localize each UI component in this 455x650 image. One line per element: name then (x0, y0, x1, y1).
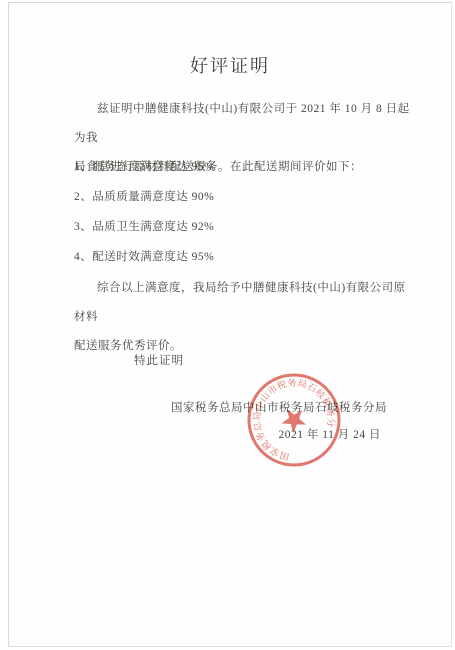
rating-list: 1、服务态度满意度达 95% 2、品质质量满意度达 90% 3、品质卫生满意度达… (74, 152, 415, 272)
issue-date: 2021 年 11 月 24 日 (9, 426, 381, 442)
closing-note: 特此证明 (134, 352, 184, 368)
rating-item-hygiene: 3、品质卫生满意度达 92% (74, 212, 415, 242)
conclusion-paragraph: 综合以上满意度，我局给予中膳健康科技(中山)有限公司原材料 配送服务优秀评价。 (74, 274, 415, 361)
official-seal: 国家税务总局中山市税务局石岐税务分局 (218, 344, 370, 496)
seal-ring (232, 358, 356, 482)
rating-item-delivery: 4、配送时效满意度达 95% (74, 242, 415, 272)
document-page: 好评证明 兹证明中膳健康科技(中山)有限公司于 2021 年 10 月 8 日起… (8, 2, 452, 647)
document-title: 好评证明 (9, 52, 451, 78)
issuer-name: 国家税务总局中山市税务局石岐税务分局 (9, 399, 387, 415)
rating-item-service: 1、服务态度满意度达 95% (74, 152, 415, 182)
rating-item-quality: 2、品质质量满意度达 90% (74, 182, 415, 212)
